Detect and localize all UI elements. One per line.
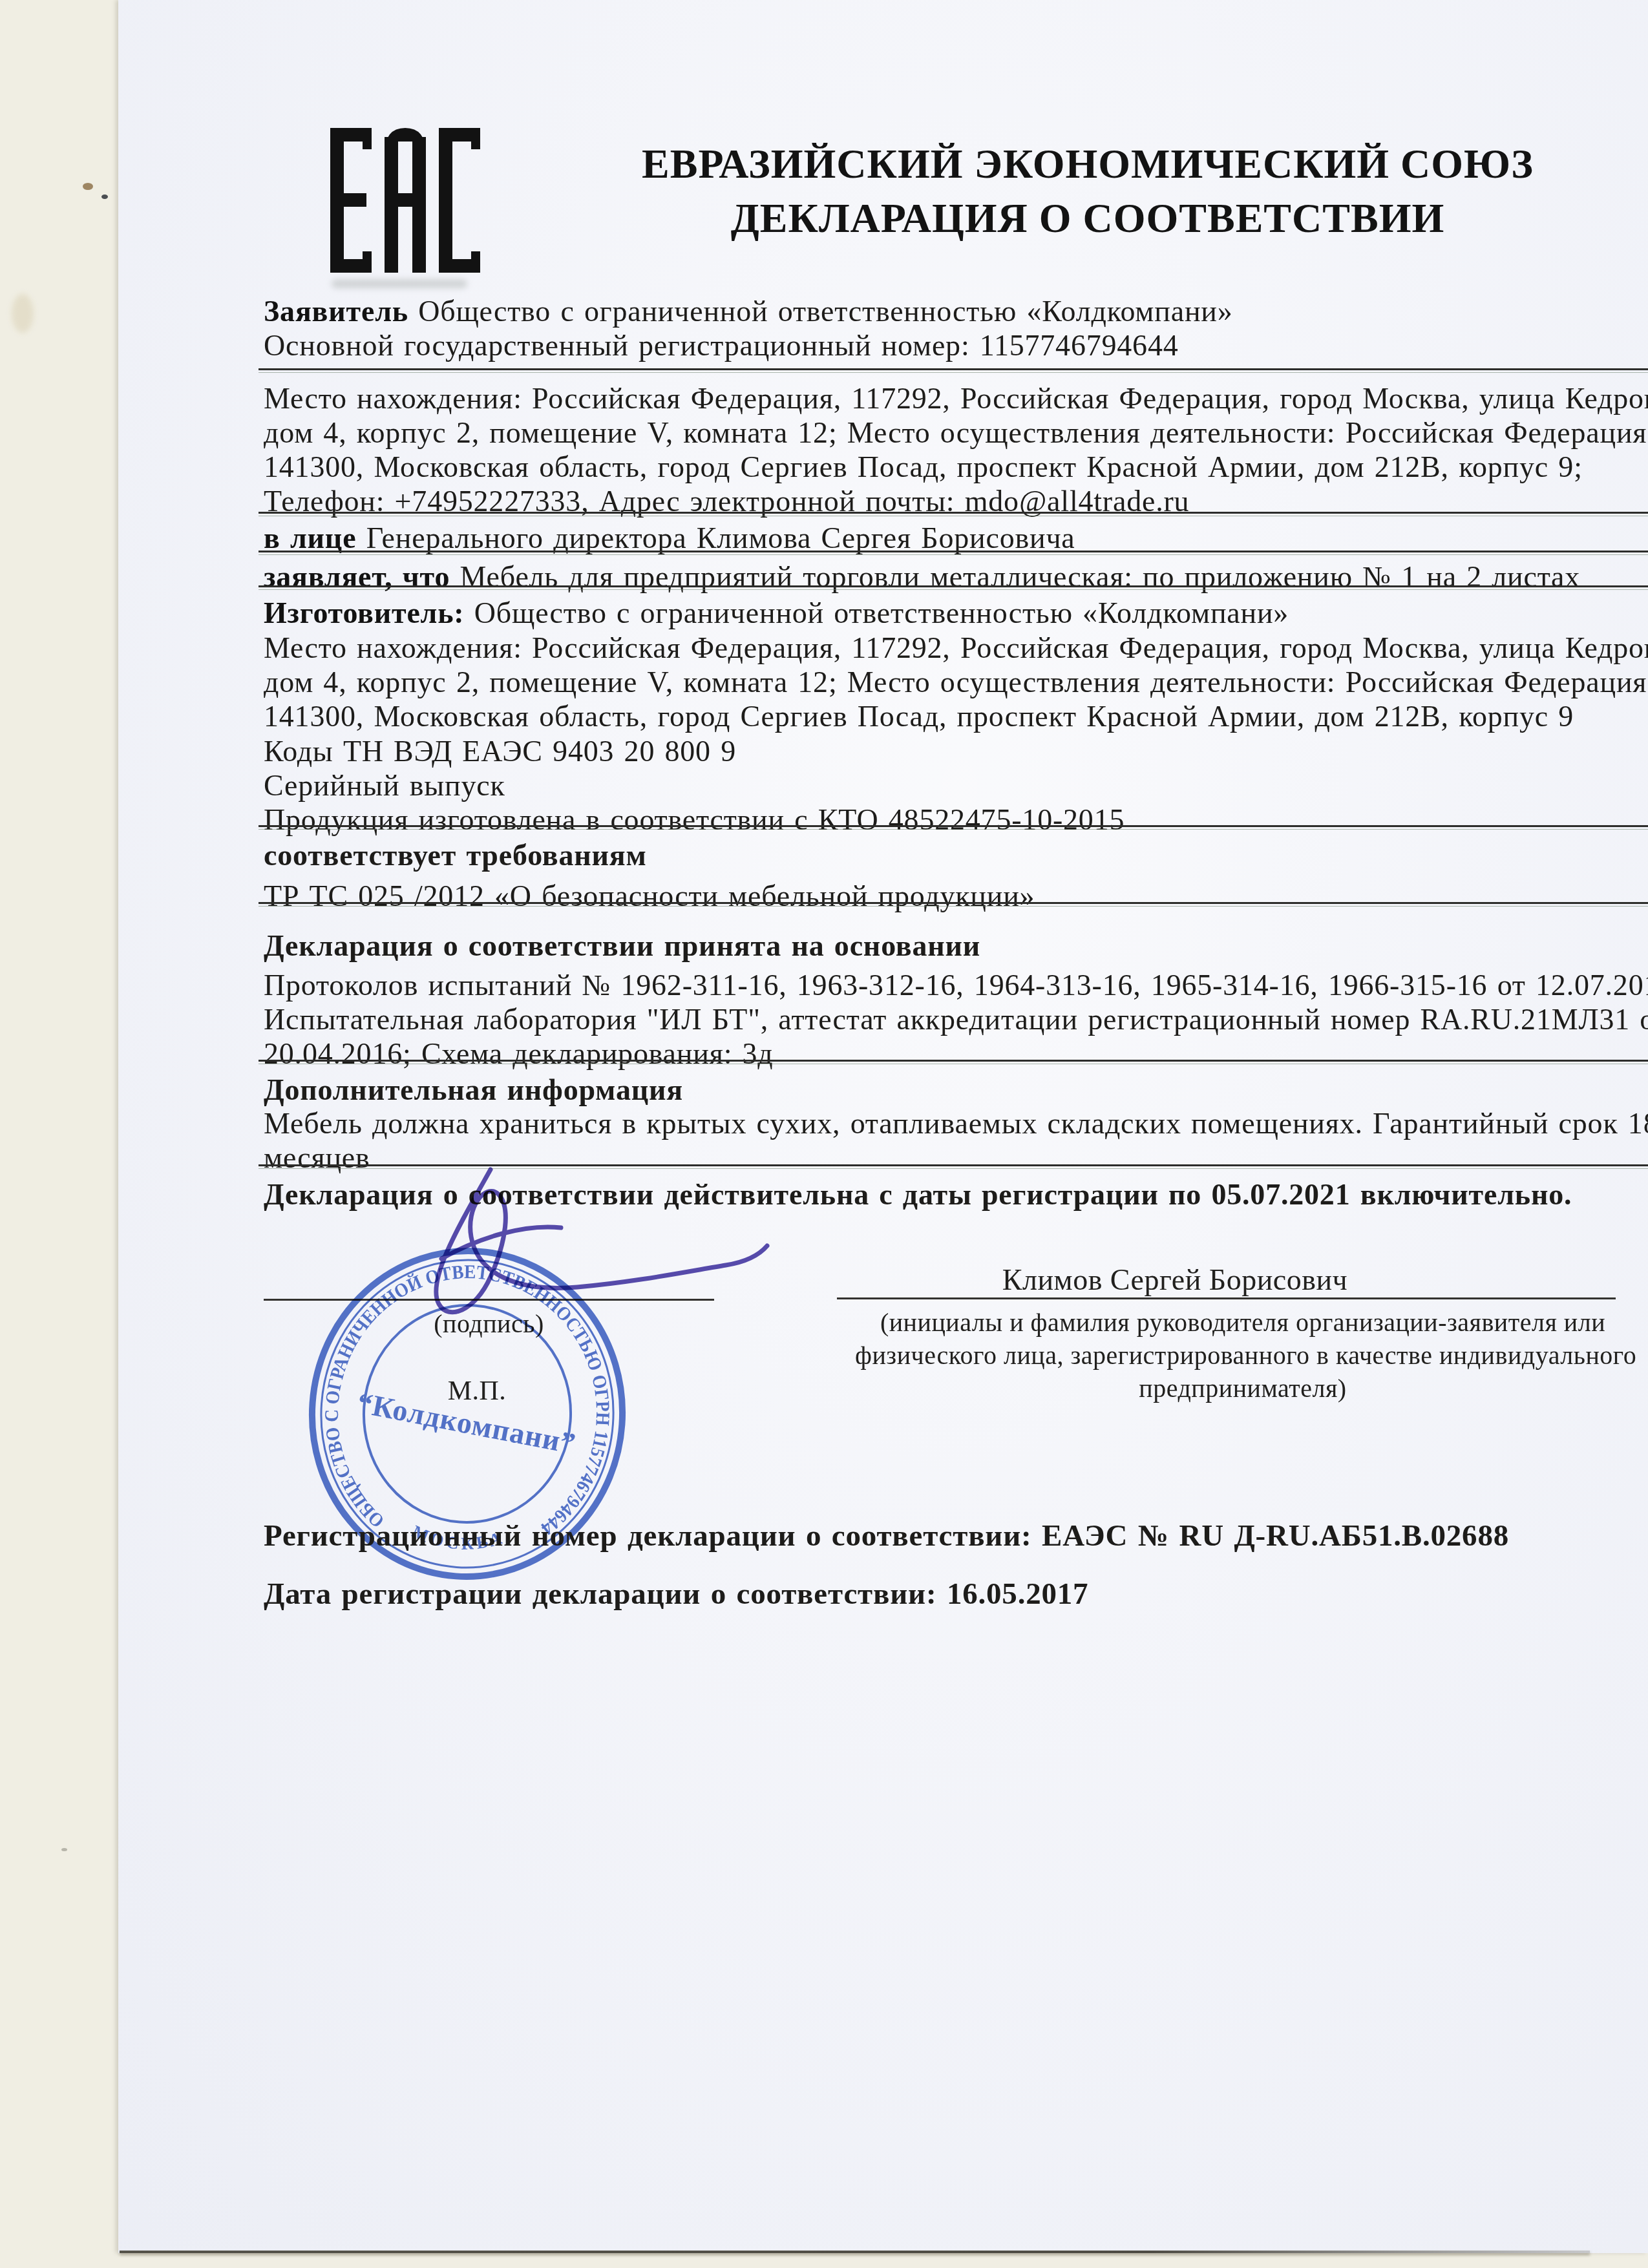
scan-stain — [101, 194, 108, 199]
manufacturer-address-line1: Место нахождения: Российская Федерация, … — [264, 631, 1648, 666]
separator-rule — [259, 902, 1648, 907]
manufacturer-label: Изготовитель: — [264, 596, 464, 629]
applicant-address-line2: дом 4, корпус 2, помещение V, комната 12… — [264, 415, 1648, 450]
handwritten-signature — [364, 1145, 816, 1345]
manufacturer-address-line2: дом 4, корпус 2, помещение V, комната 12… — [264, 665, 1648, 700]
head-name-line — [837, 1297, 1616, 1299]
union-title: ЕВРАЗИЙСКИЙ ЭКОНОМИЧЕСКИЙ СОЮЗ — [571, 137, 1605, 191]
manufacturer-line: Изготовитель: Общество с ограниченной от… — [264, 596, 1289, 631]
basis-heading: Декларация о соответствии принята на осн… — [264, 929, 980, 963]
kto-line: Продукция изготовлена в соответствии с К… — [264, 803, 1125, 837]
logo-print-smudge — [332, 279, 467, 288]
document-header: ЕВРАЗИЙСКИЙ ЭКОНОМИЧЕСКИЙ СОЮЗ ДЕКЛАРАЦИ… — [571, 137, 1605, 246]
scanned-declaration-document: ЕВРАЗИЙСКИЙ ЭКОНОМИЧЕСКИЙ СОЮЗ ДЕКЛАРАЦИ… — [0, 0, 1648, 2268]
additional-info-heading: Дополнительная информация — [264, 1073, 683, 1108]
stamp-company-name: “Колдкомпани” — [355, 1386, 579, 1461]
separator-rule — [259, 512, 1648, 516]
separator-rule — [259, 1060, 1648, 1064]
separator-rule — [259, 585, 1648, 590]
head-caption-line2: физического лица, зарегистрированного в … — [855, 1339, 1631, 1372]
representative-label: в лице — [264, 521, 356, 554]
basis-line1: Протоколов испытаний № 1962-311-16, 1963… — [264, 968, 1648, 1003]
representative-name: Генерального директора Климова Сергея Бо… — [356, 521, 1075, 554]
separator-rule — [259, 551, 1648, 555]
head-caption-line3: предпринимателя) — [855, 1372, 1631, 1405]
compliance-heading: соответствует требованиям — [264, 838, 647, 873]
additional-info-line1: Мебель должна храниться в крытых сухих, … — [264, 1106, 1648, 1141]
head-name: Климов Сергей Борисович — [765, 1264, 1585, 1296]
separator-rule — [259, 368, 1648, 373]
basis-line3: 20.04.2016; Схема декларирования: 3д — [264, 1036, 774, 1071]
document-paper: ЕВРАЗИЙСКИЙ ЭКОНОМИЧЕСКИЙ СОЮЗ ДЕКЛАРАЦИ… — [118, 0, 1648, 2253]
document-title: ДЕКЛАРАЦИЯ О СООТВЕТСТВИИ — [571, 191, 1605, 246]
production-type-line: Серийный выпуск — [264, 768, 505, 803]
manufacturer-name: Общество с ограниченной ответственностью… — [464, 596, 1289, 629]
registration-date-line: Дата регистрации декларации о соответств… — [264, 1577, 1088, 1612]
applicant-line: Заявитель Общество с ограниченной ответс… — [264, 294, 1233, 329]
applicant-label: Заявитель — [264, 295, 408, 328]
applicant-ogrn-line: Основной государственный регистрационный… — [264, 328, 1179, 363]
paper-bottom-edge — [120, 2251, 1590, 2253]
head-caption-line1: (инициалы и фамилия руководителя организ… — [855, 1307, 1631, 1339]
eac-conformity-mark-logo — [330, 128, 480, 273]
manufacturer-address-line3: 141300, Московская область, город Сергие… — [264, 699, 1574, 734]
scan-stain — [61, 1848, 67, 1851]
registration-number-line: Регистрационный номер декларации о соотв… — [264, 1518, 1509, 1553]
tnved-codes-line: Коды ТН ВЭД ЕАЭС 9403 20 800 9 — [264, 734, 736, 769]
scan-stain — [83, 183, 93, 190]
separator-rule — [259, 825, 1648, 830]
regulation-line: ТР ТС 025 /2012 «О безопасности мебельно… — [264, 879, 1035, 914]
scan-stain — [12, 294, 34, 333]
basis-line2: Испытательная лаборатория "ИЛ БТ", аттес… — [264, 1002, 1648, 1037]
applicant-address-line1: Место нахождения: Российская Федерация, … — [264, 381, 1648, 416]
applicant-address-line3: 141300, Московская область, город Сергие… — [264, 450, 1583, 485]
applicant-name: Общество с ограниченной ответственностью… — [408, 295, 1233, 328]
additional-info-line2: месяцев — [264, 1140, 370, 1175]
